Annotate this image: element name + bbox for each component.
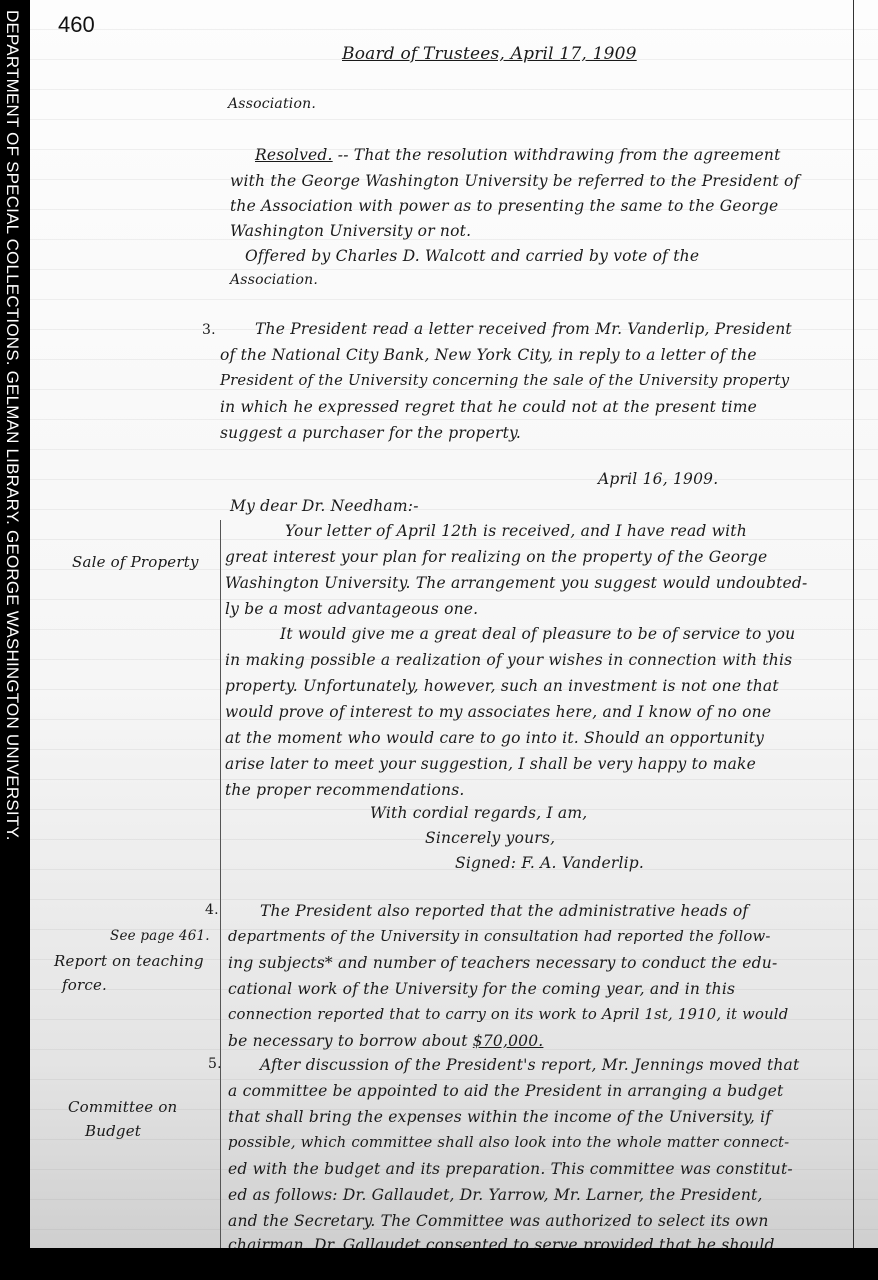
resolved-line-5: Offered by Charles D. Walcott and carrie…: [245, 247, 699, 265]
letter-p2-line-2: in making possible a realization of your…: [225, 651, 792, 669]
item-3-line-5: suggest a purchaser for the property.: [220, 424, 521, 442]
item-5-line-1: After discussion of the President's repo…: [260, 1056, 799, 1074]
resolved-label: Resolved.: [255, 146, 333, 164]
page-number: 460: [58, 12, 95, 38]
margin-note-see-page: See page 461.: [110, 928, 210, 944]
item-4-line-4: cational work of the University for the …: [228, 980, 735, 998]
margin-rule-left: [220, 520, 221, 1248]
item-3-number: 3.: [202, 322, 216, 338]
margin-note-report-teaching-2: force.: [62, 976, 107, 994]
letter-salutation: My dear Dr. Needham:-: [230, 497, 419, 515]
resolved-line-6: Association.: [230, 272, 318, 288]
letter-p2-line-1: It would give me a great deal of pleasur…: [280, 625, 795, 643]
borrow-amount: $70,000.: [473, 1032, 544, 1050]
item-4-line-6: be necessary to borrow about $70,000.: [228, 1032, 543, 1050]
page-title: Board of Trustees, April 17, 1909: [342, 44, 637, 64]
item-5-line-6: ed as follows: Dr. Gallaudet, Dr. Yarrow…: [228, 1186, 763, 1204]
letter-p2-line-3: property. Unfortunately, however, such a…: [225, 677, 779, 695]
item-4-line-3: ing subjects* and number of teachers nec…: [228, 954, 777, 972]
letter-p1-line-4: ly be a most advantageous one.: [225, 600, 478, 618]
item-5-line-4: possible, which committee shall also loo…: [228, 1134, 789, 1151]
item-5-line-2: a committee be appointed to aid the Pres…: [228, 1082, 783, 1100]
letter-p1-line-3: Washington University. The arrangement y…: [225, 574, 807, 592]
item-5-line-5: ed with the budget and its preparation. …: [228, 1160, 793, 1178]
letter-p2-line-6: arise later to meet your suggestion, I s…: [225, 755, 756, 773]
letter-closing: With cordial regards, I am,: [370, 804, 587, 822]
item-4-line-6-text: be necessary to borrow about: [228, 1032, 473, 1050]
item-3-line-2: of the National City Bank, New York City…: [220, 346, 757, 364]
item-3-line-1: The President read a letter received fro…: [255, 320, 792, 338]
letter-p2-line-4: would prove of interest to my associates…: [225, 703, 771, 721]
archive-credit-text: DEPARTMENT OF SPECIAL COLLECTIONS. GELMA…: [2, 10, 22, 841]
resolved-line-3: the Association with power as to present…: [230, 197, 778, 215]
association-heading: Association.: [228, 96, 316, 112]
archive-credit-band: DEPARTMENT OF SPECIAL COLLECTIONS. GELMA…: [0, 0, 30, 1280]
resolved-line-2: with the George Washington University be…: [230, 172, 799, 190]
item-5-line-8: chairman. Dr. Gallaudet consented to ser…: [228, 1236, 775, 1248]
item-4-number: 4.: [205, 902, 219, 918]
resolved-line-4: Washington University or not.: [230, 222, 471, 240]
letter-signature: Signed: F. A. Vanderlip.: [455, 854, 644, 872]
item-4-line-2: departments of the University in consult…: [228, 928, 771, 945]
item-4-line-5: connection reported that to carry on its…: [228, 1006, 788, 1023]
item-3-line-3: President of the University concerning t…: [220, 372, 789, 389]
letter-p1-line-1: Your letter of April 12th is received, a…: [285, 522, 747, 540]
margin-rule-right: [853, 0, 854, 1248]
margin-note-committee-1: Committee on: [68, 1098, 177, 1116]
item-4-line-1: The President also reported that the adm…: [260, 902, 748, 920]
letter-p1-line-2: great interest your plan for realizing o…: [225, 548, 767, 566]
resolved-text: -- That the resolution withdrawing from …: [333, 146, 781, 164]
margin-note-committee-2: Budget: [85, 1122, 141, 1140]
margin-note-report-teaching-1: Report on teaching: [54, 952, 204, 970]
resolved-line-1: Resolved. -- That the resolution withdra…: [255, 146, 781, 164]
scan-bottom-edge: [0, 1248, 878, 1280]
item-5-line-7: and the Secretary. The Committee was aut…: [228, 1212, 769, 1230]
letter-valediction: Sincerely yours,: [425, 829, 555, 847]
item-5-number: 5.: [208, 1056, 222, 1072]
item-3-line-4: in which he expressed regret that he cou…: [220, 398, 757, 416]
item-5-line-3: that shall bring the expenses within the…: [228, 1108, 771, 1126]
margin-note-sale-of-property: Sale of Property: [72, 553, 199, 571]
letter-p2-line-5: at the moment who would care to go into …: [225, 729, 764, 747]
letter-p2-line-7: the proper recommendations.: [225, 781, 465, 799]
letter-date: April 16, 1909.: [598, 470, 718, 488]
ledger-page: 460 Board of Trustees, April 17, 1909 As…: [30, 0, 878, 1248]
